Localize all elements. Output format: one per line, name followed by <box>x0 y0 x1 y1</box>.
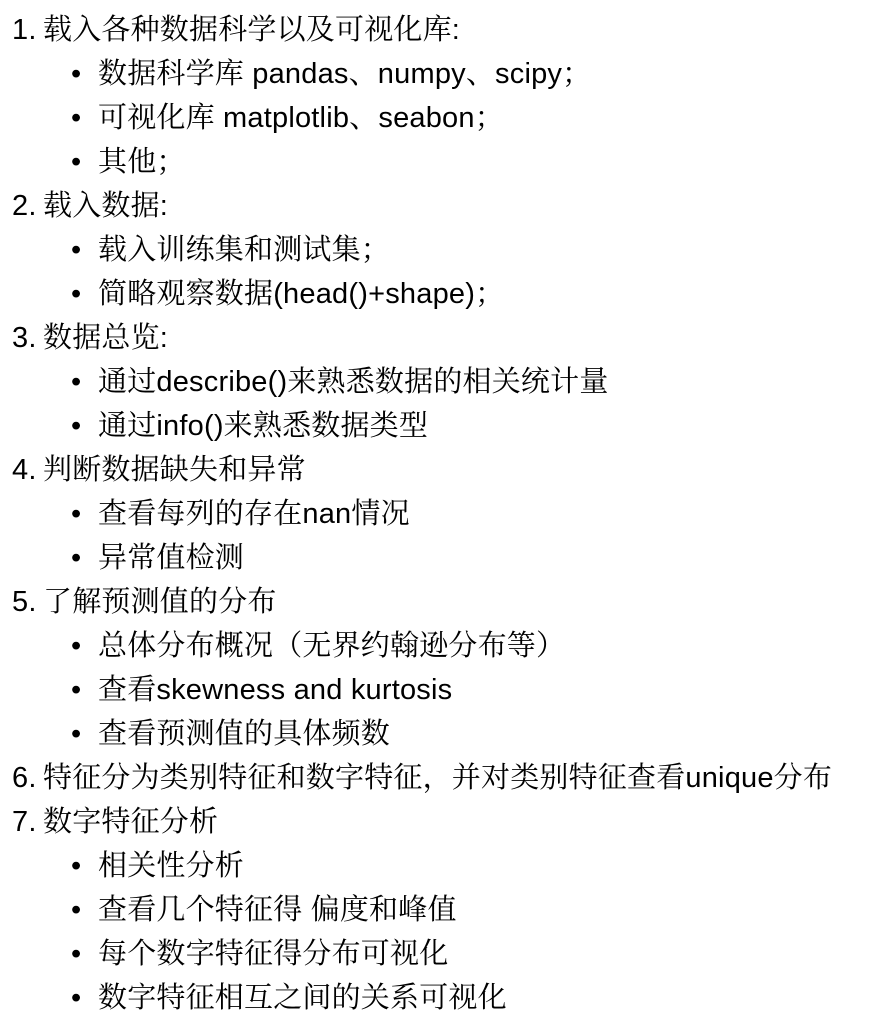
bullet-icon: • <box>66 52 98 96</box>
item-number: 1. <box>12 8 43 52</box>
bullet-item: • 异常值检测 <box>66 536 880 580</box>
bullet-icon: • <box>66 844 98 888</box>
bullet-text: 查看每列的存在nan情况 <box>98 492 410 536</box>
bullet-text: 相关性分析 <box>98 844 244 888</box>
item-number: 2. <box>12 184 43 228</box>
bullet-item: • 查看预测值的具体频数 <box>66 712 880 756</box>
bullet-text: 数据科学库 pandas、numpy、scipy； <box>98 52 591 96</box>
bullet-item: • 数据科学库 pandas、numpy、scipy； <box>66 52 880 96</box>
list-item-3: 3. 数据总览: • 通过describe()来熟悉数据的相关统计量 • 通过i… <box>12 316 880 448</box>
bullet-text: 通过describe()来熟悉数据的相关统计量 <box>98 360 609 404</box>
list-item-heading: 1. 载入各种数据科学以及可视化库: <box>12 8 880 52</box>
bullet-icon: • <box>66 624 98 668</box>
list-item-6: 6. 特征分为类别特征和数字特征，并对类别特征查看unique分布 <box>12 756 880 800</box>
item-number: 7. <box>12 800 43 844</box>
list-item-7: 7. 数字特征分析 • 相关性分析 • 查看几个特征得 偏度和峰值 • 每个数字… <box>12 800 880 1016</box>
list-item-4: 4. 判断数据缺失和异常 • 查看每列的存在nan情况 • 异常值检测 <box>12 448 880 580</box>
bullet-icon: • <box>66 536 98 580</box>
list-item-heading: 7. 数字特征分析 <box>12 800 880 844</box>
bullet-icon: • <box>66 492 98 536</box>
item-title: 数字特征分析 <box>43 800 218 844</box>
bullet-icon: • <box>66 712 98 756</box>
list-item-heading: 5. 了解预测值的分布 <box>12 580 880 624</box>
item-title: 载入数据: <box>43 184 168 228</box>
eda-outline-list: 1. 载入各种数据科学以及可视化库: • 数据科学库 pandas、numpy、… <box>0 0 880 1016</box>
list-item-heading: 3. 数据总览: <box>12 316 880 360</box>
bullet-item: • 查看每列的存在nan情况 <box>66 492 880 536</box>
bullet-text: 载入训练集和测试集； <box>98 228 390 272</box>
item-title: 了解预测值的分布 <box>43 580 277 624</box>
bullet-item: • 每个数字特征得分布可视化 <box>66 932 880 976</box>
bullet-text: 查看预测值的具体频数 <box>98 712 390 756</box>
bullet-item: • 其他； <box>66 140 880 184</box>
bullet-text: 其他； <box>98 140 186 184</box>
list-item-heading: 2. 载入数据: <box>12 184 880 228</box>
item-title: 判断数据缺失和异常 <box>43 448 306 492</box>
item-number: 4. <box>12 448 43 492</box>
bullet-text: 可视化库 matplotlib、seabon； <box>98 96 504 140</box>
item-title: 特征分为类别特征和数字特征，并对类别特征查看unique分布 <box>43 756 832 800</box>
bullet-item: • 相关性分析 <box>66 844 880 888</box>
bullet-item: • 数字特征相互之间的关系可视化 <box>66 976 880 1016</box>
list-item-2: 2. 载入数据: • 载入训练集和测试集； • 简略观察数据(head()+sh… <box>12 184 880 316</box>
bullet-icon: • <box>66 976 98 1016</box>
bullet-text: 查看几个特征得 偏度和峰值 <box>98 888 457 932</box>
bullet-text: 每个数字特征得分布可视化 <box>98 932 448 976</box>
bullet-item: • 查看skewness and kurtosis <box>66 668 880 712</box>
bullet-text: 数字特征相互之间的关系可视化 <box>98 976 507 1016</box>
bullet-item: • 简略观察数据(head()+shape)； <box>66 272 880 316</box>
list-item-1: 1. 载入各种数据科学以及可视化库: • 数据科学库 pandas、numpy、… <box>12 8 880 184</box>
bullet-item: • 查看几个特征得 偏度和峰值 <box>66 888 880 932</box>
bullet-item: • 可视化库 matplotlib、seabon； <box>66 96 880 140</box>
list-item-heading: 6. 特征分为类别特征和数字特征，并对类别特征查看unique分布 <box>12 756 880 800</box>
bullet-icon: • <box>66 228 98 272</box>
bullet-text: 通过info()来熟悉数据类型 <box>98 404 428 448</box>
bullet-item: • 总体分布概况（无界约翰逊分布等） <box>66 624 880 668</box>
bullet-text: 简略观察数据(head()+shape)； <box>98 272 504 316</box>
bullet-icon: • <box>66 96 98 140</box>
bullet-text: 查看skewness and kurtosis <box>98 668 452 712</box>
item-title: 载入各种数据科学以及可视化库: <box>43 8 460 52</box>
list-item-heading: 4. 判断数据缺失和异常 <box>12 448 880 492</box>
bullet-icon: • <box>66 360 98 404</box>
bullet-icon: • <box>66 668 98 712</box>
item-number: 5. <box>12 580 43 624</box>
bullet-icon: • <box>66 140 98 184</box>
bullet-text: 异常值检测 <box>98 536 244 580</box>
bullet-icon: • <box>66 404 98 448</box>
bullet-text: 总体分布概况（无界约翰逊分布等） <box>98 624 565 668</box>
item-number: 3. <box>12 316 43 360</box>
bullet-item: • 通过describe()来熟悉数据的相关统计量 <box>66 360 880 404</box>
bullet-icon: • <box>66 932 98 976</box>
bullet-icon: • <box>66 888 98 932</box>
list-item-5: 5. 了解预测值的分布 • 总体分布概况（无界约翰逊分布等） • 查看skewn… <box>12 580 880 756</box>
item-number: 6. <box>12 756 43 800</box>
item-title: 数据总览: <box>43 316 168 360</box>
bullet-item: • 载入训练集和测试集； <box>66 228 880 272</box>
bullet-icon: • <box>66 272 98 316</box>
bullet-item: • 通过info()来熟悉数据类型 <box>66 404 880 448</box>
